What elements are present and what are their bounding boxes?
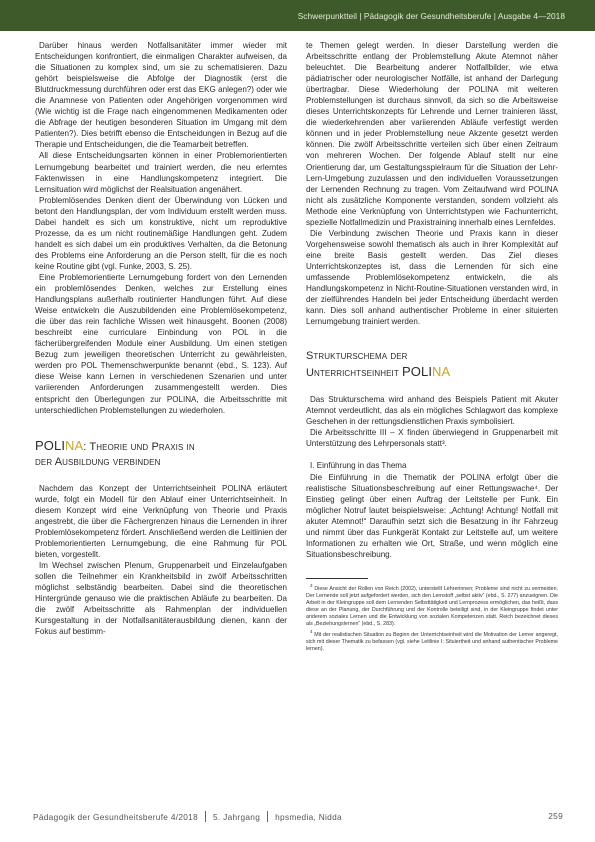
paragraph: Eine Problemorientierte Lernumgebung for… xyxy=(35,272,287,416)
paragraph: Die Einführung in die Thematik der POLIN… xyxy=(306,472,558,560)
paragraph: Im Wechsel zwischen Plenum, Gruppenarbei… xyxy=(35,560,287,637)
paragraph: te Themen gelegt werden. In dieser Darst… xyxy=(306,40,558,228)
footer-journal: Pädagogik der Gesundheitsberufe 4/2018 xyxy=(33,812,198,822)
paragraph: Nachdem das Konzept der Unterrichtseinhe… xyxy=(35,483,287,560)
paragraph: Darüber hinaus werden Notfallsanitäter i… xyxy=(35,40,287,150)
heading-polina-accent: NA xyxy=(65,438,83,453)
page-footer: Pädagogik der Gesundheitsberufe 4/20185.… xyxy=(33,811,563,822)
paragraph: Problemlösendes Denken dient der Überwin… xyxy=(35,195,287,272)
heading-polina-prefix: POLI xyxy=(35,438,65,453)
heading-line2: der Ausbildung verbinden xyxy=(35,456,160,468)
paragraph: All diese Entscheidungsarten können in e… xyxy=(35,150,287,194)
left-column: Darüber hinaus werden Notfallsanitäter i… xyxy=(35,40,287,637)
paragraph: Die Verbindung zwischen Theorie und Prax… xyxy=(306,228,558,327)
paragraph: Die Arbeitsschritte III – X finden überw… xyxy=(306,427,558,449)
section-heading-polina-theorie-praxis: POLINA: Theorie und Praxis in der Ausbil… xyxy=(35,438,287,470)
section-heading-strukturschema: Strukturschema der Unterrichtseinheit PO… xyxy=(306,349,558,381)
footer-volume: 5. Jahrgang xyxy=(213,812,260,822)
page-number: 259 xyxy=(548,811,563,821)
heading-line2: Unterrichtseinheit xyxy=(306,367,402,379)
footer-separator xyxy=(205,811,206,822)
running-title: Schwerpunktteil | Pädagogik der Gesundhe… xyxy=(298,11,565,21)
paragraph: Das Strukturschema wird anhand des Beisp… xyxy=(306,394,558,427)
right-column: te Themen gelegt werden. In dieser Darst… xyxy=(306,40,558,653)
footnote-text: Diese Ansicht der Rollen von Reich (2002… xyxy=(306,586,558,627)
subheading-einfuehrung: I. Einführung in das Thema xyxy=(306,460,558,471)
header-bar: Schwerpunktteil | Pädagogik der Gesundhe… xyxy=(0,0,595,31)
footnote-text: Mit der realistischen Situation zu Begin… xyxy=(306,632,558,652)
heading-line1: Strukturschema der xyxy=(306,350,408,362)
heading-line1: : Theorie und Praxis in xyxy=(83,441,194,453)
heading-polina-prefix: POLI xyxy=(402,364,432,379)
footer-publisher: hpsmedia, Nidda xyxy=(275,812,342,822)
footer-separator xyxy=(267,811,268,822)
footnote-4: 4 Mit der realistischen Situation zu Beg… xyxy=(306,628,558,653)
footnote-marker: 3 xyxy=(310,583,313,588)
footnote-marker: 4 xyxy=(310,629,313,634)
heading-polina-accent: NA xyxy=(432,364,450,379)
footnote-divider xyxy=(306,578,368,579)
footnote-3: 3 Diese Ansicht der Rollen von Reich (20… xyxy=(306,582,558,628)
